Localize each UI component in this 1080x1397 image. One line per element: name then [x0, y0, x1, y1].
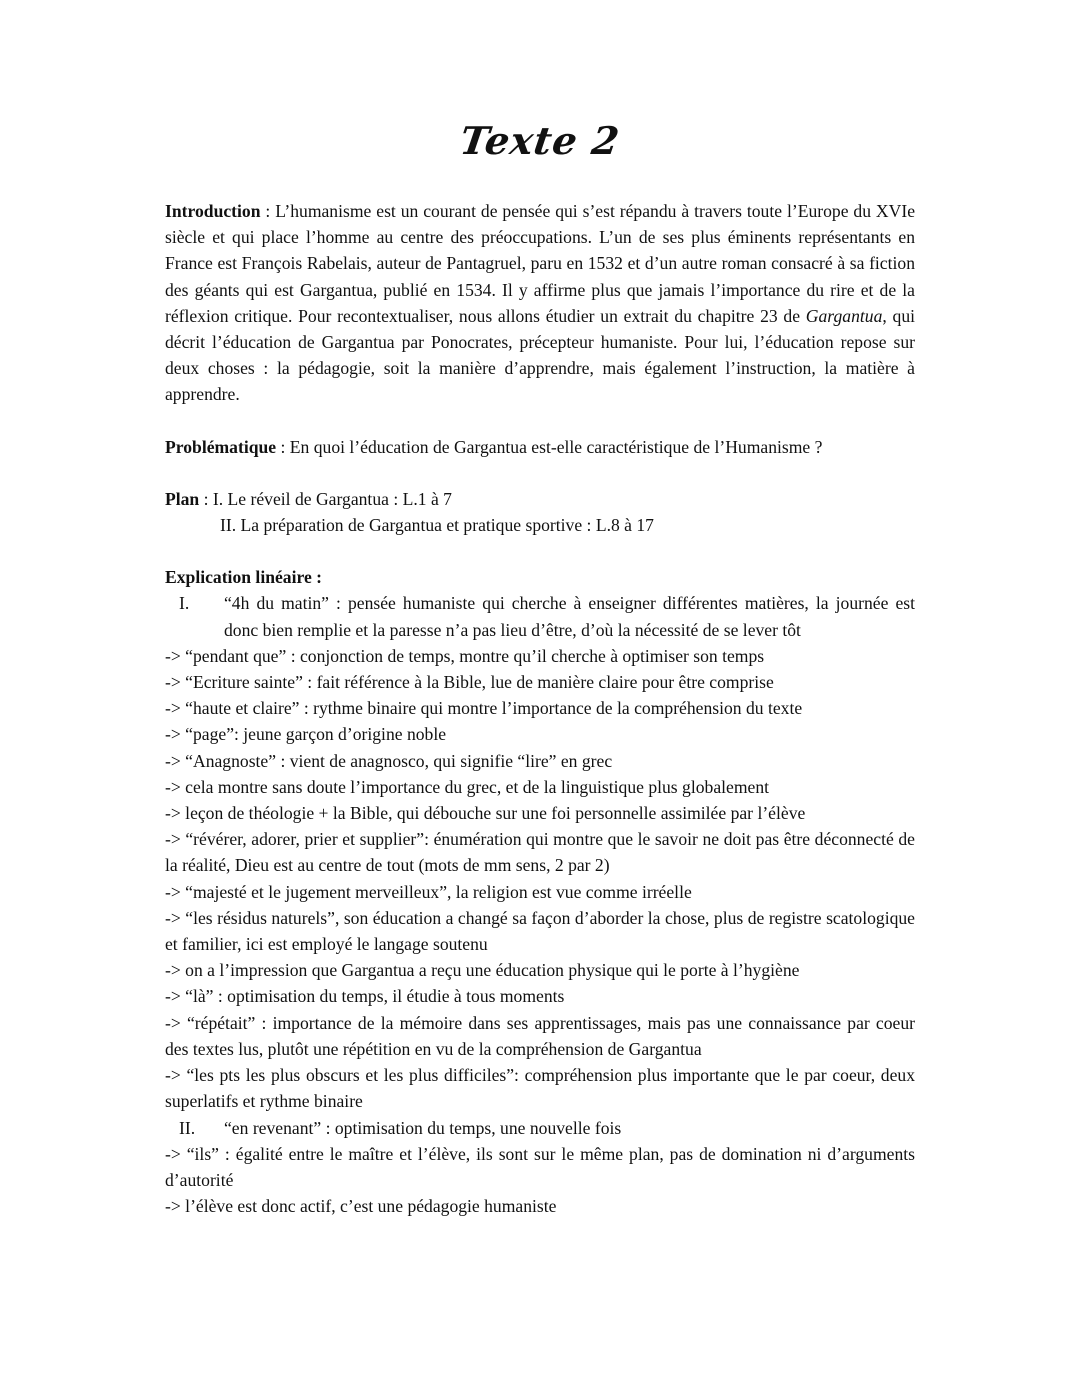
part-2-numeral: II. [165, 1115, 224, 1141]
part-1-point: -> “Anagnoste” : vient de anagnosco, qui… [165, 748, 915, 774]
plan-label: Plan [165, 489, 199, 509]
part-1-point: -> “répétait” : importance de la mémoire… [165, 1010, 915, 1062]
explication-part-1: I. “4h du matin” : pensée humaniste qui … [165, 590, 915, 642]
part-1-point: -> cela montre sans doute l’importance d… [165, 774, 915, 800]
part-1-point: -> leçon de théologie + la Bible, qui dé… [165, 800, 915, 826]
introduction-italic-work: Gargantua [806, 306, 883, 326]
introduction-paragraph: Introduction : L’humanisme est un couran… [165, 198, 915, 408]
part-1-point: -> “révérer, adorer, prier et supplier”:… [165, 826, 915, 878]
part-1-point: -> “les résidus naturels”, son éducation… [165, 905, 915, 957]
plan-separator: : [199, 489, 213, 509]
spacer [165, 460, 915, 486]
plan-item-1: I. Le réveil de Gargantua : L.1 à 7 [213, 489, 452, 509]
part-1-point: -> “majesté et le jugement merveilleux”,… [165, 879, 915, 905]
introduction-text: L’humanisme est un courant de pensée qui… [165, 201, 915, 326]
problematique-label: Problématique [165, 437, 276, 457]
document-title: Texte 2 [162, 118, 918, 163]
part-1-point: -> “Ecriture sainte” : fait référence à … [165, 669, 915, 695]
part-1-point: -> “pendant que” : conjonction de temps,… [165, 643, 915, 669]
part-2-point: -> l’élève est donc actif, c’est une péd… [165, 1193, 915, 1219]
part-1-point: -> “les pts les plus obscurs et les plus… [165, 1062, 915, 1114]
plan-item-2: II. La préparation de Gargantua et prati… [165, 512, 915, 538]
explication-part-2: II. “en revenant” : optimisation du temp… [165, 1115, 915, 1141]
part-1-point: -> “là” : optimisation du temps, il étud… [165, 983, 915, 1009]
problematique-text: En quoi l’éducation de Gargantua est-ell… [290, 437, 823, 457]
introduction-label: Introduction [165, 201, 261, 221]
part-2-point: -> “ils” : égalité entre le maître et l’… [165, 1141, 915, 1193]
problematique-paragraph: Problématique : En quoi l’éducation de G… [165, 434, 915, 460]
part-1-point: -> on a l’impression que Gargantua a reç… [165, 957, 915, 983]
spacer [165, 538, 915, 564]
part-2-text: “en revenant” : optimisation du temps, u… [224, 1115, 915, 1141]
introduction-separator: : [261, 201, 276, 221]
document-body: Introduction : L’humanisme est un couran… [165, 198, 915, 1219]
problematique-separator: : [276, 437, 290, 457]
part-1-text: “4h du matin” : pensée humaniste qui che… [224, 590, 915, 642]
spacer [165, 408, 915, 434]
explication-label: Explication linéaire : [165, 564, 915, 590]
plan-paragraph: Plan : I. Le réveil de Gargantua : L.1 à… [165, 486, 915, 512]
part-1-numeral: I. [165, 590, 224, 642]
part-1-point: -> “haute et claire” : rythme binaire qu… [165, 695, 915, 721]
part-1-point: -> “page”: jeune garçon d’origine noble [165, 721, 915, 747]
